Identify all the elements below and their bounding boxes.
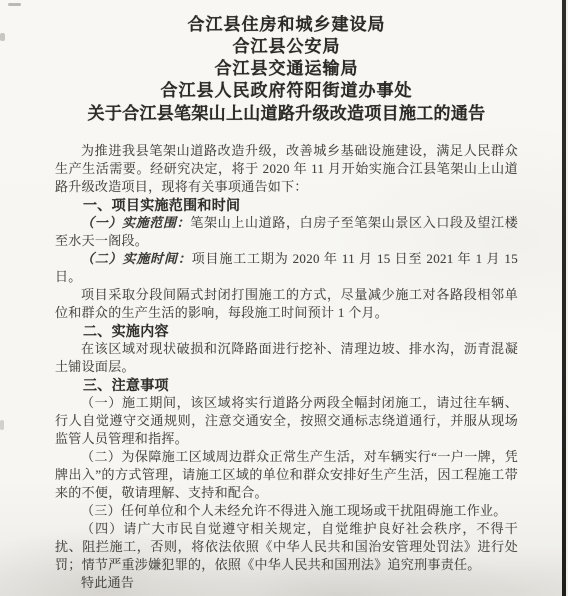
section-1-paragraph-1: （一）实施范围：笔架山上山道路，白房子至笔架山景区入口段及望江楼至水天一阁段。 bbox=[55, 214, 518, 250]
section-3-paragraph-3: （三）任何单位和个人未经允许不得进入施工现场或干扰阻碍施工作业。 bbox=[55, 502, 518, 520]
section-1-paragraph-3: 项目采取分段间隔式封闭打围施工的方式，尽量减少施工对各路段相邻单位和群众的生产生… bbox=[55, 286, 518, 322]
section-2-heading: 二、实施内容 bbox=[55, 322, 518, 340]
issuing-org-2: 合江县公安局 bbox=[55, 36, 518, 58]
intro-paragraph: 为推进我县笔架山道路改造升级，改善城乡基础设施建设，满足人民群众生产生活需要。经… bbox=[55, 142, 518, 196]
section-3-paragraph-2: （二）为保障施工区域周边群众正常生产生活，对车辆实行“一户一牌，凭牌出入”的方式… bbox=[55, 448, 518, 502]
section-1-paragraph-2: （二）实施时间：项目施工工期为 2020 年 11 月 15 日至 2021 年… bbox=[55, 250, 518, 286]
section-1-heading: 一、项目实施范围和时间 bbox=[55, 196, 518, 214]
closing-line: 特此通告 bbox=[55, 574, 518, 592]
section-3-paragraph-4: （四）请广大市民自觉遵守相关规定，自觉维护良好社会秩序，不得干扰、阻拦施工，否则… bbox=[55, 520, 518, 574]
document-body: 为推进我县笔架山道路改造升级，改善城乡基础设施建设，满足人民群众生产生活需要。经… bbox=[55, 142, 518, 592]
document-photo: 合江县住房和城乡建设局 合江县公安局 合江县交通运输局 合江县人民政府符阳街道办… bbox=[0, 0, 568, 596]
issuing-org-3: 合江县交通运输局 bbox=[55, 58, 518, 80]
section-3-heading: 三、注意事项 bbox=[55, 376, 518, 394]
section-3-paragraph-1: （一）施工期间，该区域将实行道路分两段全幅封闭施工，请过往车辆、行人自觉遵守交通… bbox=[55, 394, 518, 448]
section-2-paragraph-1: 在该区域对现状破损和沉降路面进行挖补、清理边坡、排水沟，沥青混凝土铺设面层。 bbox=[55, 340, 518, 376]
document-header: 合江县住房和城乡建设局 合江县公安局 合江县交通运输局 合江县人民政府符阳街道办… bbox=[55, 14, 518, 126]
issuing-org-4: 合江县人民政府符阳街道办事处 bbox=[55, 80, 518, 102]
document-title: 关于合江县笔架山上山道路升级改造项目施工的通告 bbox=[55, 102, 518, 126]
issuing-org-1: 合江县住房和城乡建设局 bbox=[55, 14, 518, 36]
paragraph-lead: （二）实施时间： bbox=[81, 251, 192, 266]
paragraph-lead: （一）实施范围： bbox=[81, 215, 190, 230]
notice-document: 合江县住房和城乡建设局 合江县公安局 合江县交通运输局 合江县人民政府符阳街道办… bbox=[0, 0, 568, 592]
